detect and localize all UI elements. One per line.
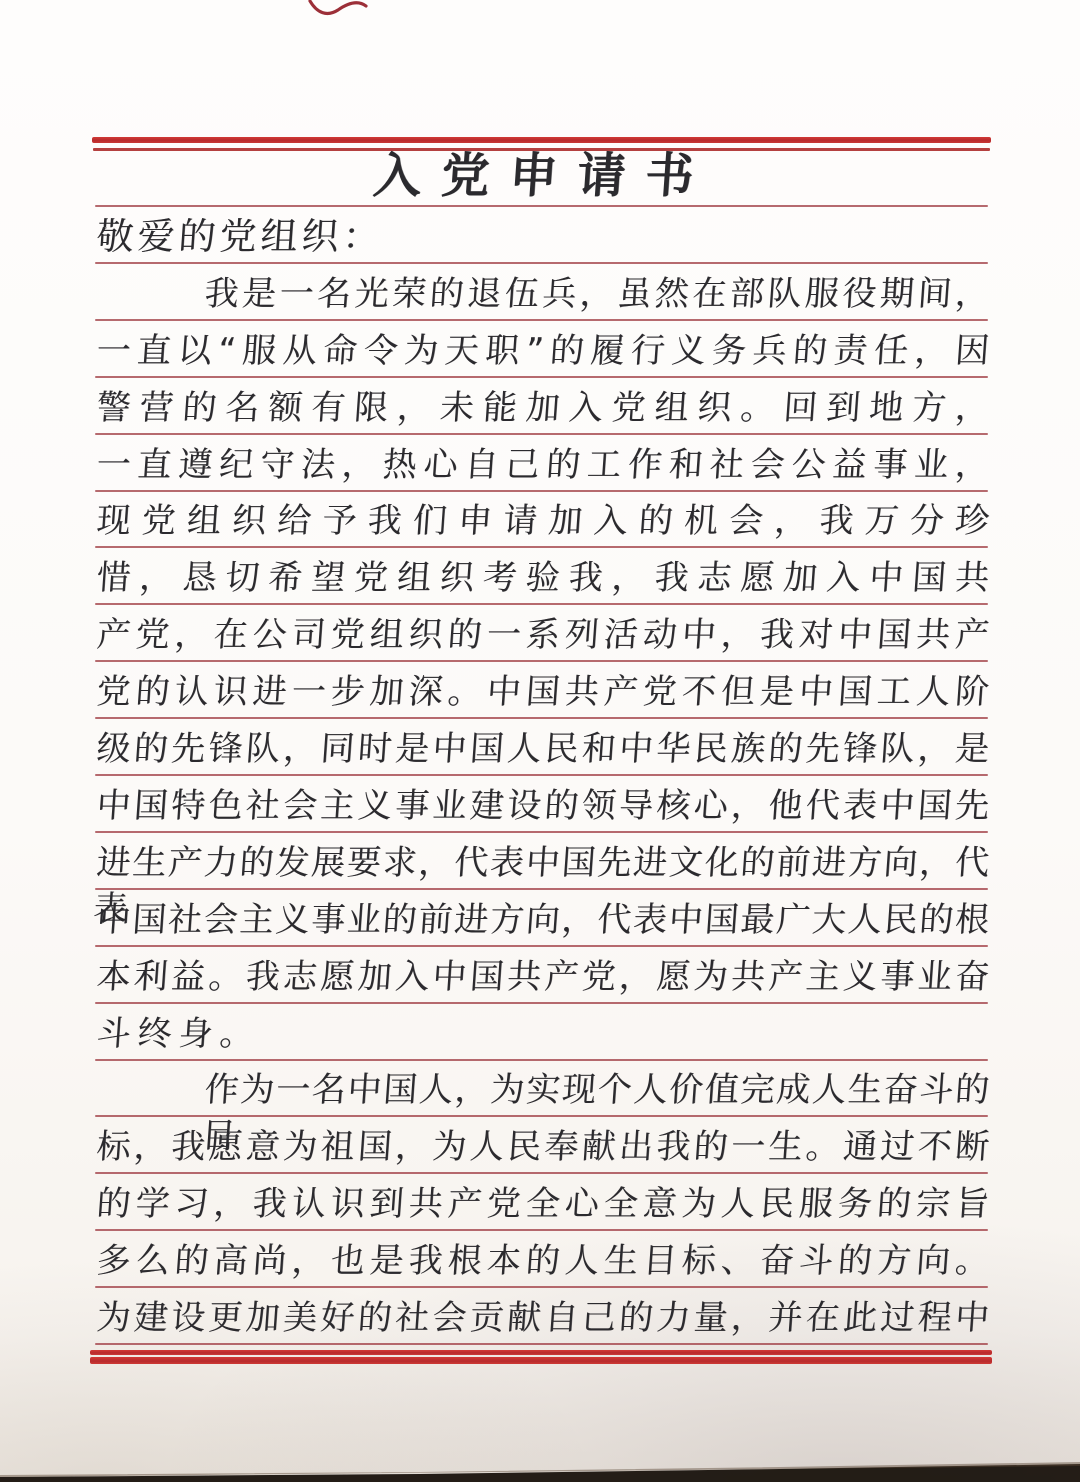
handwriting-line: 警营的名额有限，未能加入党组织。回到地方， [95,385,991,431]
handwriting-line: 现党组织给予我们申请加入的机会，我万分珍 [95,498,991,544]
handwriting-line: 的学习，我认识到共产党全心全意为人民服务的宗旨 [95,1181,991,1227]
ruled-line [95,660,988,662]
ruled-line [95,1002,988,1004]
ruled-line [95,1229,988,1231]
ruled-line [95,490,988,492]
photo-bottom-edge [0,1460,1080,1482]
ruled-line [95,717,988,719]
handwriting-line: 我是一名光荣的退伍兵，虽然在部队服役期间， [95,271,991,317]
handwriting-line: 一直遵纪守法，热心自己的工作和社会公益事业， [95,442,991,488]
header-rule-thick [92,137,991,143]
ruled-line [95,831,988,833]
handwriting-line: 为建设更加美好的社会贡献自己的力量，并在此过程中 [95,1295,991,1341]
handwriting-line: 本利益。我志愿加入中国共产党，愿为共产主义事业奋 [95,954,991,1000]
ruled-line [95,1059,988,1061]
ruled-line [95,1172,988,1174]
ruled-line [95,774,988,776]
stationery-photo: 入党申请书敬爱的党组织：我是一名光荣的退伍兵，虽然在部队服役期间，一直以“服从命… [0,0,1080,1482]
ruled-line [95,546,988,548]
ruled-line [95,319,988,321]
ruled-line [95,205,988,207]
handwriting-line: 惜，恳切希望党组织考验我，我志愿加入中国共 [95,555,991,601]
handwriting-line: 产党，在公司党组织的一系列活动中，我对中国共产 [95,612,991,658]
ruled-line [95,1286,988,1288]
handwriting-line: 级的先锋队，同时是中国人民和中华民族的先锋队，是 [95,726,991,772]
page-title: 入党申请书 [95,149,992,203]
ruled-line [95,1343,988,1345]
ruled-line [95,888,988,890]
ruled-line [95,262,988,264]
handwriting-line: 多么的高尚，也是我根本的人生目标、奋斗的方向。 [95,1238,991,1284]
handwriting-line: 斗终身。 [95,1011,991,1057]
footer-rule-lower [90,1357,992,1364]
handwriting-line: 一直以“服从命令为天职”的履行义务兵的责任，因 [95,328,991,374]
ruled-line [95,603,988,605]
handwriting-line: 进生产力的发展要求，代表中国先进文化的前进方向，代表 [95,840,991,886]
handwriting-line: 党的认识进一步加深。中国共产党不但是中国工人阶 [95,669,991,715]
footer-rule-upper [90,1350,992,1355]
ruled-line [95,376,988,378]
handwriting-line: 中国社会主义事业的前进方向，代表中国最广大人民的根 [95,897,991,943]
handwriting-line: 标，我愿意为祖国，为人民奉献出我的一生。通过不断 [95,1124,991,1170]
salutation-line: 敬爱的党组织： [95,214,991,260]
handwriting-line: 作为一名中国人，为实现个人价值完成人生奋斗的目 [95,1067,991,1113]
ruled-line [95,945,988,947]
ruled-line [95,433,988,435]
handwriting-line: 中国特色社会主义事业建设的领导核心，他代表中国先 [95,783,991,829]
red-squiggle-mark [0,0,1080,30]
